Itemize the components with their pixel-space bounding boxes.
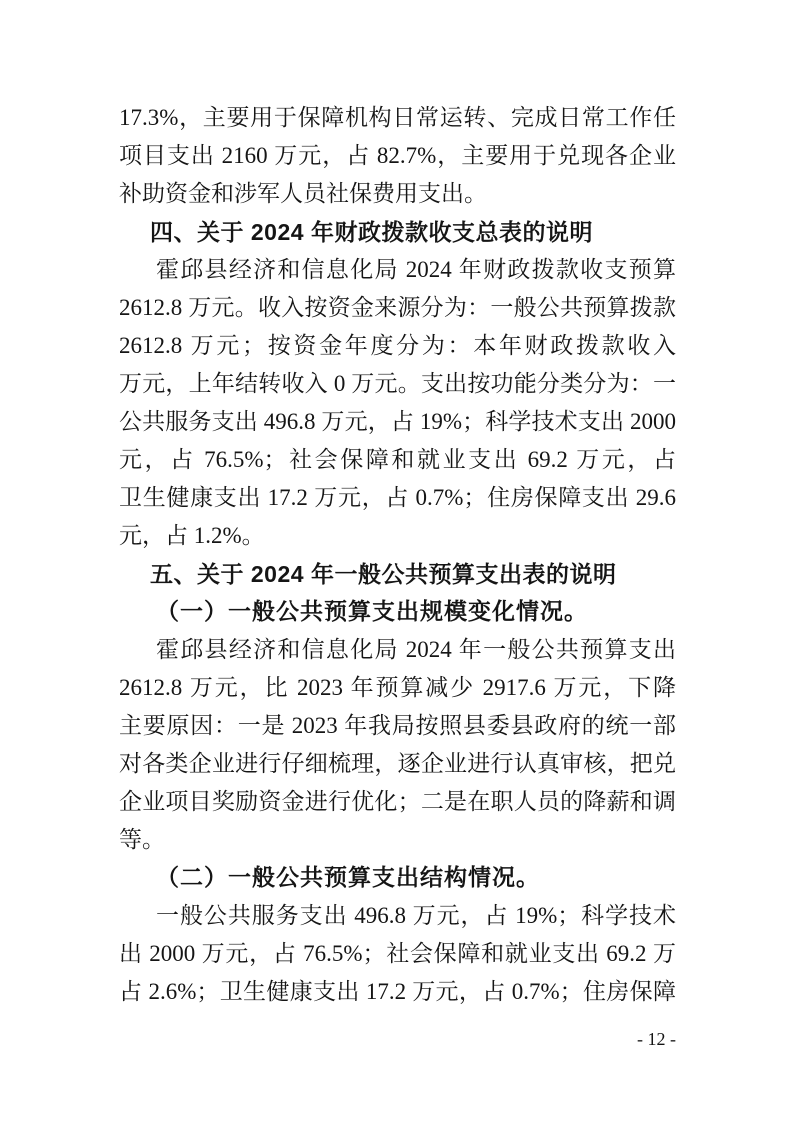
document-body: 17.3%，主要用于保障机构日常运转、完成日常工作任务；项目支出 2160 万元… — [119, 99, 676, 1011]
page-number: - 12 - — [637, 1028, 676, 1050]
text-line: 一般公共服务支出 496.8 万元，占 19%；科学技术支 — [119, 897, 676, 935]
text-line: 霍邱县经济和信息化局 2024 年财政拨款收支预算 — [119, 251, 676, 289]
document-page: 17.3%，主要用于保障机构日常运转、完成日常工作任务；项目支出 2160 万元… — [0, 0, 793, 1122]
text-line: 占 2.6%；卫生健康支出 17.2 万元，占 0.7%；住房保障支 — [119, 973, 676, 1011]
section-heading: 四、关于 2024 年财政拨款收支总表的说明 — [119, 213, 676, 251]
text-line: 2612.8 万元；按资金年度分为：本年财政拨款收入 2612.8 — [119, 327, 676, 365]
text-line: 等。 — [119, 821, 676, 859]
text-line: 卫生健康支出 17.2 万元，占 0.7%；住房保障支出 29.6 万 — [119, 479, 676, 517]
section-heading: 五、关于 2024 年一般公共预算支出表的说明 — [119, 555, 676, 593]
text-line: 元，占 1.2%。 — [119, 517, 676, 555]
text-line: 对各类企业进行仔细梳理，逐企业进行认真审核，把兑现 — [119, 745, 676, 783]
text-line: 出 2000 万元，占 76.5%；社会保障和就业支出 69.2 万元， — [119, 935, 676, 973]
text-line: 万元，上年结转收入 0 万元。支出按功能分类分为：一般 — [119, 365, 676, 403]
subsection-heading: （一）一般公共预算支出规模变化情况。 — [119, 593, 676, 631]
text-line: 17.3%，主要用于保障机构日常运转、完成日常工作任务； — [119, 99, 676, 137]
text-line: 公共服务支出 496.8 万元，占 19%；科学技术支出 2000 万 — [119, 403, 676, 441]
text-line: 2612.8 万元。收入按资金来源分为：一般公共预算拨款 — [119, 289, 676, 327]
text-line: 元，占 76.5%；社会保障和就业支出 69.2 万元，占 2.6%； — [119, 441, 676, 479]
text-line: 企业项目奖励资金进行优化；二是在职人员的降薪和调出 — [119, 783, 676, 821]
subsection-heading: （二）一般公共预算支出结构情况。 — [119, 859, 676, 897]
text-line: 霍邱县经济和信息化局 2024 年一般公共预算支出 — [119, 631, 676, 669]
text-line: 2612.8 万元，比 2023 年预算减少 2917.6 万元，下降 52.8… — [119, 669, 676, 707]
text-line: 项目支出 2160 万元，占 82.7%，主要用于兑现各企业奖励 — [119, 137, 676, 175]
text-line: 补助资金和涉军人员社保费用支出。 — [119, 175, 676, 213]
text-line: 主要原因：一是 2023 年我局按照县委县政府的统一部署， — [119, 707, 676, 745]
